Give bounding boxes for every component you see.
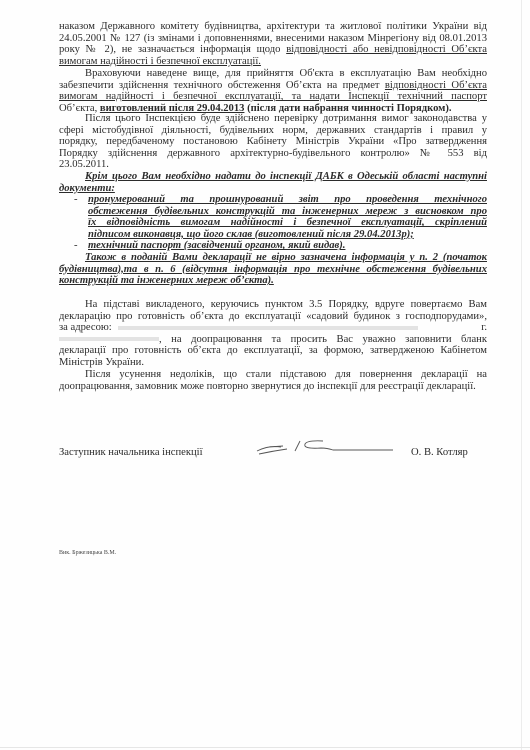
bold-italic-line: документи: — [59, 183, 487, 195]
underlined-text: відповідності або невідповідності Об’єкт… — [286, 44, 487, 55]
text-line: Після цього Інспекцією буде здійснено пе… — [59, 113, 487, 125]
paragraph-2: Враховуючи наведене вище, для прийняття … — [59, 68, 487, 114]
list-item: - пронумерований та прошнурований звіт п… — [88, 194, 487, 240]
text-line: доопрацювання, замовник може повторно зв… — [59, 381, 487, 393]
text-line: року № 2), не зазначається інформація що… — [59, 44, 487, 56]
paragraph-6: На підставі викладеного, керуючись пункт… — [59, 299, 487, 369]
text-span: забезпечити здійснення технічного обстеж… — [59, 80, 385, 91]
paragraph-5: Також в поданій Вами декларації не вірно… — [59, 252, 487, 287]
page-edge-bottom — [0, 747, 530, 748]
paragraph-1: наказом Державного комітету будівництва,… — [59, 21, 487, 67]
paragraph-4: Крім цього Вам необхідно надати до інспе… — [59, 171, 487, 194]
underlined-text-line: вимогам надійності і безпечної експлуата… — [59, 91, 487, 103]
underlined-text: відповідності Об’єкта — [385, 80, 487, 91]
bold-italic-line: будівництва),та в п. 6 (відсутня інформа… — [59, 264, 487, 276]
bold-italic-line: пронумерований та прошнурований звіт про… — [88, 194, 487, 206]
handwritten-signature-icon — [255, 435, 395, 457]
bold-italic-line: конструкцій та інженерних мереж об’єкта)… — [59, 275, 487, 287]
page-edge-right — [521, 0, 522, 750]
text-line: , на доопрацювання та просить Вас уважно… — [59, 334, 487, 346]
bold-italic-line: Крім цього Вам необхідно надати до інспе… — [59, 171, 487, 183]
address-label: за адресою: — [59, 322, 112, 333]
text-line: 23.05.2011. — [59, 159, 487, 171]
text-line: декларації про готовність об’єкта до екс… — [59, 345, 487, 357]
signatory-title: Заступник начальника інспекції — [59, 447, 203, 458]
text-line: сфері містобудівної діяльності, будівель… — [59, 125, 487, 137]
underlined-text-line: вимогам надійності і безпечної експлуата… — [59, 56, 487, 68]
bold-italic-line: технічний паспорт (засвідчений органом, … — [88, 240, 487, 252]
list-dash: - — [74, 240, 78, 252]
text-line: Після усунення недоліків, що стали підст… — [59, 369, 487, 381]
text-line: 24.05.2001 № 127 (із змінами і доповненн… — [59, 33, 487, 45]
list-dash: - — [74, 194, 78, 206]
text-line: наказом Державного комітету будівництва,… — [59, 21, 487, 33]
text-line: порядку, передбаченому постановою Кабіне… — [59, 136, 487, 148]
text-line-address: за адресою: г. — [59, 322, 487, 334]
document-page: наказом Державного комітету будівництва,… — [0, 0, 530, 750]
text-line: Міністрів України. — [59, 357, 487, 369]
text-line: Враховуючи наведене вище, для прийняття … — [59, 68, 487, 80]
text-line: На підставі викладеного, керуючись пункт… — [59, 299, 487, 311]
paragraph-3: Після цього Інспекцією буде здійснено пе… — [59, 113, 487, 171]
text-span: г. — [481, 322, 487, 334]
paragraph-7: Після усунення недоліків, що стали підст… — [59, 369, 487, 392]
redacted-address — [118, 326, 418, 330]
text-line: декларацію про готовність об’єкта до екс… — [59, 311, 487, 323]
bold-italic-line: їх відповідність вимогам надійності і бе… — [88, 217, 487, 229]
document-list: - пронумерований та прошнурований звіт п… — [88, 194, 487, 252]
text-line: Порядку здійснення державного архітектур… — [59, 148, 487, 160]
executor-note: Вик. Бржезицька В.М. — [59, 550, 116, 556]
text-line: забезпечити здійснення технічного обстеж… — [59, 80, 487, 92]
text-span: року № 2), не зазначається інформація що… — [59, 44, 286, 55]
redacted-address — [59, 337, 159, 341]
bold-italic-line: обстеження будівельних конструкцій та ін… — [88, 206, 487, 218]
bold-italic-line: підписом виконавця, що його склав (вигот… — [88, 229, 487, 241]
list-item: - технічний паспорт (засвідчений органом… — [88, 240, 487, 252]
signatory-name: О. В. Котляр — [411, 447, 468, 458]
text-span: , на доопрацювання та просить Вас уважно… — [159, 334, 487, 345]
bold-italic-line: Також в поданій Вами декларації не вірно… — [59, 252, 487, 264]
